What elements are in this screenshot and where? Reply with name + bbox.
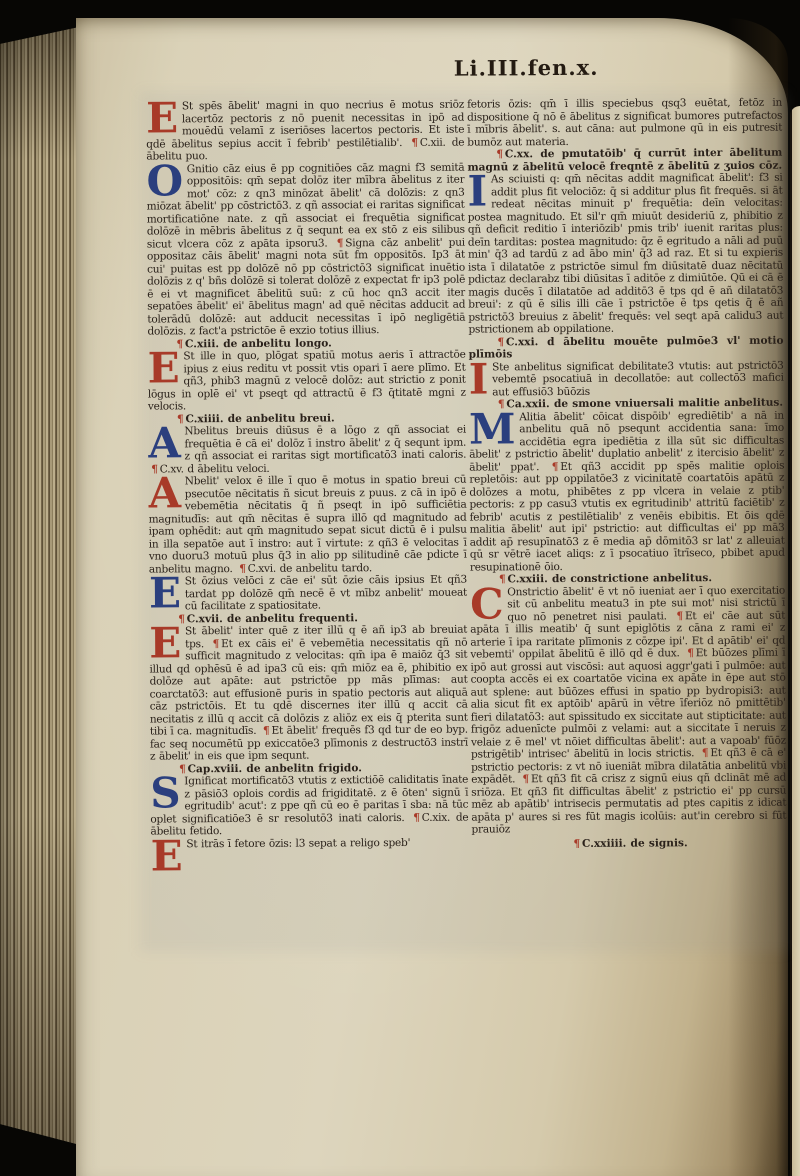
pilcrow-mark: ¶: [519, 773, 531, 785]
chapter-heading-text: C.xxi. d ābelitu mouēte pulmōe3 vl' moti…: [469, 334, 784, 360]
drop-cap-initial: S: [150, 775, 184, 810]
body-text: fetoris ōzis: qm̄ ī illis speciebus qsq3…: [467, 97, 782, 148]
drop-cap-initial: C: [470, 586, 507, 621]
printed-content: Li.III.fen.x. ESt spēs ābelit' magni in …: [0, 0, 800, 1176]
pilcrow-mark: ¶: [496, 573, 508, 585]
drop-cap-initial: M: [469, 411, 519, 446]
pilcrow-mark: ¶: [673, 610, 685, 622]
pilcrow-mark: ¶: [210, 638, 222, 650]
chapter-heading: ¶C.xxiiii. de signis.: [472, 836, 787, 850]
chapter-heading-text: C.xxiii. de constrictione anbelitus.: [507, 572, 712, 585]
body-text: C.xv. d ābelitu veloci.: [160, 462, 270, 475]
column-1: ESt spēs ābelit' magni in quo necrius ē …: [146, 99, 469, 873]
drop-cap-initial: E: [149, 575, 185, 610]
drop-cap-initial: E: [151, 838, 187, 873]
pilcrow-mark: ¶: [174, 413, 186, 425]
pilcrow-mark: ¶: [549, 461, 561, 473]
body-text: St ille in quo, plōgat spatiū motus aeri…: [148, 349, 466, 413]
drop-cap-initial: O: [146, 163, 187, 198]
body-text: Et ex cāis ei' ē vebemētia necessitatis …: [149, 636, 467, 737]
text-paragraph: ESt spēs ābelit' magni in quo necrius ē …: [146, 99, 464, 163]
drop-cap-initial: I: [467, 173, 491, 208]
text-paragraph: COnstrictio ābelit' ē vt nō iueniat aer …: [470, 584, 787, 836]
pilcrow-mark: ¶: [173, 338, 185, 350]
chapter-heading-text: C.xxiiii. de signis.: [582, 837, 688, 850]
drop-cap-initial: A: [148, 425, 185, 460]
text-paragraph: ESt ōzius velōci z cāe ei' sūt ōzie cāis…: [149, 574, 467, 613]
drop-cap-initial: I: [469, 361, 493, 396]
body-text: Nbelitus breuis diūsus ē a lōgo z qñ ass…: [184, 424, 466, 463]
pilcrow-mark: ¶: [570, 837, 582, 849]
chapter-heading-text: Ca.xxii. de smone vniuersali malitie anb…: [506, 397, 783, 411]
chapter-heading-text: C.xiii. de anbelitu longo.: [185, 337, 332, 350]
drop-cap-initial: E: [149, 625, 185, 660]
pilcrow-mark: ¶: [684, 647, 696, 659]
drop-cap-initial: A: [148, 475, 185, 510]
pilcrow-mark: ¶: [260, 725, 272, 737]
drop-cap-initial: E: [148, 350, 184, 385]
body-text: C.xvi. de anbelitu tardo.: [248, 562, 372, 575]
body-text: Ste anbelitus significat debilitate3 vtu…: [492, 359, 784, 398]
pilcrow-mark: ¶: [236, 562, 248, 574]
body-text: Et būōzes plīmi ī ipō aut grossi aut vis…: [470, 647, 786, 761]
chapter-heading-text: Cap.xviii. de anbelitn frigido.: [188, 762, 362, 775]
chapter-heading: ¶C.xx. de pmutatōib' q̄ currūt inter ābe…: [467, 147, 782, 174]
pilcrow-mark: ¶: [410, 811, 422, 823]
text-paragraph: IAs sciuisti q: qm̄ nēcitas addit magnif…: [467, 172, 783, 336]
pilcrow-mark: ¶: [699, 747, 711, 759]
book-photograph: Li.III.fen.x. ESt spēs ābelit' magni in …: [0, 0, 800, 1176]
pilcrow-mark: ¶: [148, 463, 160, 475]
pilcrow-mark: ¶: [495, 398, 507, 410]
pilcrow-mark: ¶: [493, 148, 505, 160]
body-text: St ōzius velōci z cāe ei' sūt ōzie cāis …: [185, 574, 467, 613]
text-paragraph: fetoris ōzis: qm̄ ī illis speciebus qsq3…: [467, 97, 782, 149]
chapter-heading: ¶C.xxi. d ābelitu mouēte pulmōe3 vl' mot…: [468, 334, 783, 361]
chapter-heading-text: C.xiiii. de anbelitu breui.: [185, 412, 334, 425]
text-paragraph: ANbelitus breuis diūsus ē a lōgo z qñ as…: [148, 424, 466, 476]
pilcrow-mark: ¶: [494, 336, 506, 348]
folio-header: Li.III.fen.x.: [454, 55, 599, 81]
pilcrow-mark: ¶: [175, 613, 187, 625]
text-paragraph: SIgnificat mortificatō3 vtutis z exticti…: [150, 774, 468, 838]
text-paragraph: MAlitia ābelit' cōicat dispōib' egrediēt…: [469, 409, 785, 573]
text-paragraph: ISte anbelitus significat debilitate3 vt…: [469, 359, 784, 398]
text-paragraph: ESt itrās ī fetore ōzis: l3 sepat a reli…: [151, 836, 469, 850]
pilcrow-mark: ¶: [334, 237, 346, 249]
text-paragraph: ANbelit' velox ē ille ī quo ē motus in s…: [148, 474, 467, 576]
text-paragraph: ESt ābelit' inter quē z iter illū q ē añ…: [149, 624, 468, 763]
chapter-heading-text: C.xvii. de anbelitu frequenti.: [187, 612, 358, 625]
pilcrow-mark: ¶: [408, 136, 420, 148]
drop-cap-initial: E: [146, 100, 182, 135]
text-paragraph: ESt ille in quo, plōgat spatiū motus aer…: [148, 349, 466, 413]
body-text: Signa cāz anbelit' pui oppositaz cāis āb…: [147, 236, 465, 337]
body-text: Nbelit' velox ē ille ī quo ē motus in sp…: [149, 474, 467, 575]
text-paragraph: OGnitio cāz eius ē pp cognitiōes cāz mag…: [146, 161, 465, 338]
body-text: St itrās ī fetore ōzis: l3 sepat a relig…: [186, 836, 410, 849]
pilcrow-mark: ¶: [176, 763, 188, 775]
chapter-heading-text: C.xx. de pmutatōib' q̄ currūt inter ābel…: [467, 147, 782, 173]
body-text: As sciuisti q: qm̄ nēcitas addit magnifi…: [468, 172, 784, 336]
column-2: fetoris ōzis: qm̄ ī illis speciebus qsq3…: [467, 97, 787, 851]
body-text: Et qñ3 accidit pp spēs malitie oplois re…: [469, 459, 785, 573]
